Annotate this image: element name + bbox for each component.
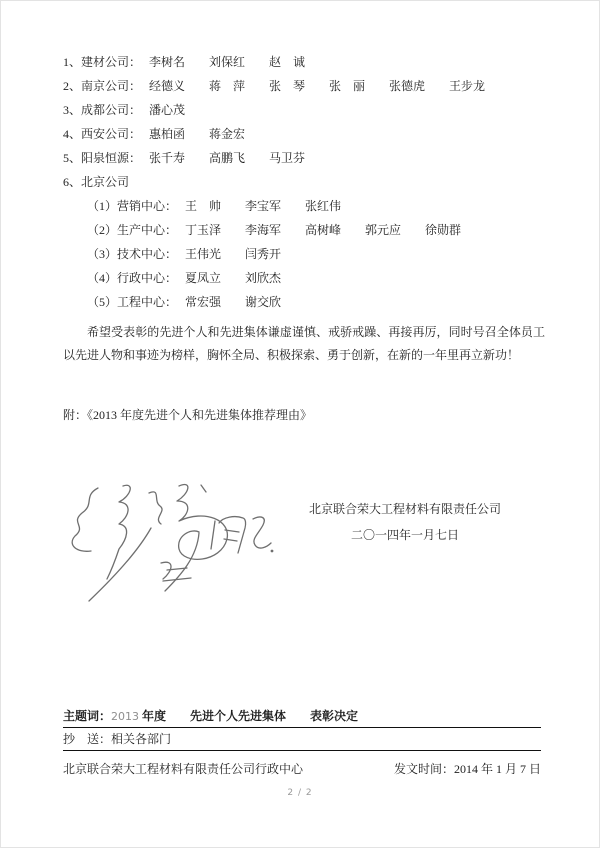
center-label: （3）技术中心：	[87, 247, 177, 261]
awardee-names: 王伟光 闫秀开	[185, 247, 281, 261]
awardee-names: 常宏强 谢交欣	[185, 295, 281, 309]
company-label: 5、阳泉恒源：	[63, 151, 141, 165]
issue-line: 北京联合荣大工程材料有限责任公司行政中心 发文时间：2014 年 1 月 7 日	[63, 759, 541, 779]
award-roster: 1、建材公司：李树名 刘保红 赵 诚 2、南京公司：经德义 蒋 萍 张 琴 张 …	[63, 50, 553, 314]
company-label: 3、成都公司：	[63, 103, 141, 117]
attachment-note: 附：《2013 年度先进个人和先进集体推荐理由》	[63, 403, 312, 427]
document-page: 1、建材公司：李树名 刘保红 赵 诚 2、南京公司：经德义 蒋 萍 张 琴 张 …	[0, 0, 600, 848]
signing-company: 北京联合荣大工程材料有限责任公司	[295, 496, 515, 522]
awardee-names: 王 帅 李宝军 张红伟	[185, 199, 341, 213]
roster-row-company-2: 2、南京公司：经德义 蒋 萍 张 琴 张 丽 张德虎 王步龙	[63, 74, 553, 98]
issue-time: 发文时间：2014 年 1 月 7 日	[394, 759, 541, 779]
subject-keywords: 年度 先进个人先进集体 表彰决定	[139, 709, 358, 723]
roster-row-company-1: 1、建材公司：李树名 刘保红 赵 诚	[63, 50, 553, 74]
roster-row-center-5: （5）工程中心：常宏强 谢交欣	[63, 290, 553, 314]
cc-line: 抄 送：相关各部门	[63, 728, 541, 751]
roster-row-company-5: 5、阳泉恒源：张千寿 高鹏飞 马卫芬	[63, 146, 553, 170]
subject-year: 2013	[111, 710, 139, 723]
awardee-names: 夏凤立 刘欣杰	[185, 271, 281, 285]
company-label: 6、北京公司	[63, 175, 129, 189]
company-label: 2、南京公司：	[63, 79, 141, 93]
document-footer: 主题词：2013 年度 先进个人先进集体 表彰决定 抄 送：相关各部门 北京联合…	[63, 706, 541, 779]
handwritten-signature-icon	[65, 473, 277, 621]
roster-row-center-1: （1）营销中心：王 帅 李宝军 张红伟	[63, 194, 553, 218]
roster-row-center-3: （3）技术中心：王伟光 闫秀开	[63, 242, 553, 266]
center-label: （4）行政中心：	[87, 271, 177, 285]
awardee-names: 经德义 蒋 萍 张 琴 张 丽 张德虎 王步龙	[149, 79, 485, 93]
page-number: 2 / 2	[1, 788, 599, 798]
awardee-names: 丁玉泽 李海军 高树峰 郭元应 徐勋群	[185, 223, 461, 237]
signing-date: 二〇一四年一月七日	[295, 522, 515, 548]
subject-keywords-line: 主题词：2013 年度 先进个人先进集体 表彰决定	[63, 706, 541, 728]
subject-label: 主题词：	[63, 709, 111, 723]
awardee-names: 惠柏函 蒋金宏	[149, 127, 245, 141]
center-label: （2）生产中心：	[87, 223, 177, 237]
center-label: （5）工程中心：	[87, 295, 177, 309]
company-label: 4、西安公司：	[63, 127, 141, 141]
roster-row-company-4: 4、西安公司：惠柏函 蒋金宏	[63, 122, 553, 146]
roster-row-company-6: 6、北京公司	[63, 170, 553, 194]
awardee-names: 潘心茂	[149, 103, 185, 117]
roster-row-company-3: 3、成都公司：潘心茂	[63, 98, 553, 122]
signature-block: 北京联合荣大工程材料有限责任公司 二〇一四年一月七日	[295, 496, 515, 548]
awardee-names: 张千寿 高鹏飞 马卫芬	[149, 151, 305, 165]
issuing-office: 北京联合荣大工程材料有限责任公司行政中心	[63, 759, 303, 779]
roster-row-center-2: （2）生产中心：丁玉泽 李海军 高树峰 郭元应 徐勋群	[63, 218, 553, 242]
roster-row-center-4: （4）行政中心：夏凤立 刘欣杰	[63, 266, 553, 290]
company-label: 1、建材公司：	[63, 55, 141, 69]
center-label: （1）营销中心：	[87, 199, 177, 213]
awardee-names: 李树名 刘保红 赵 诚	[149, 55, 305, 69]
closing-paragraph: 希望受表彰的先进个人和先进集体谦虚谨慎、戒骄戒躁、再接再厉，同时号召全体员工以先…	[63, 321, 545, 367]
